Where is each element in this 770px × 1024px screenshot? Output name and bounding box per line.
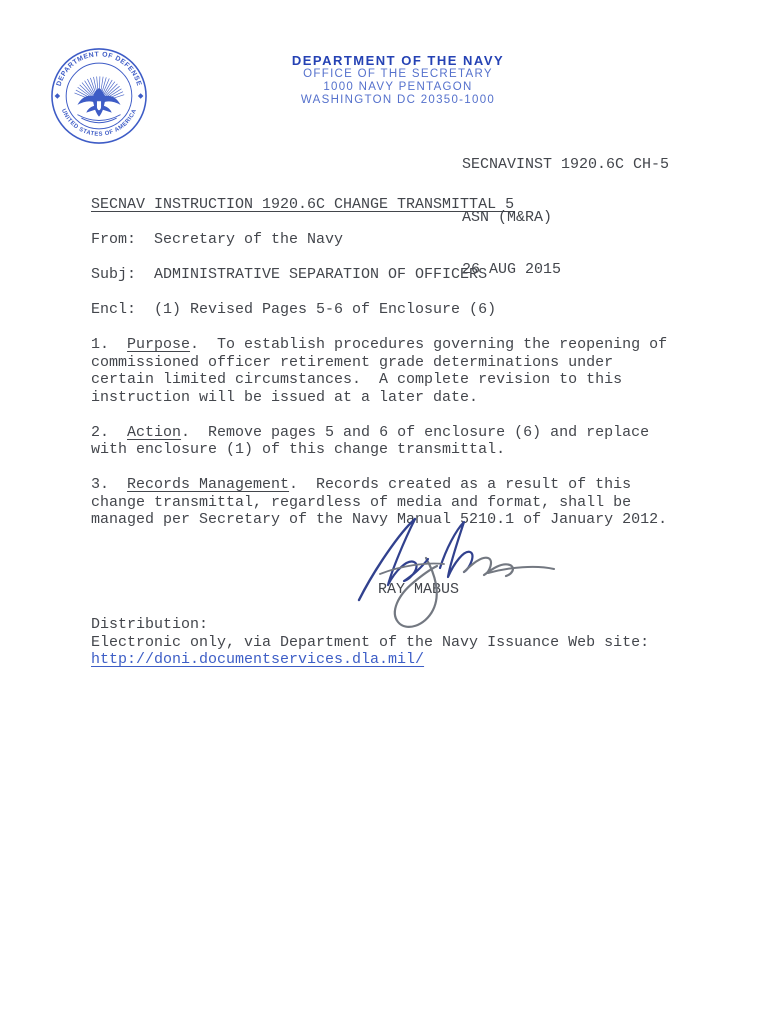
enclosure-line: Encl: (1) Revised Pages 5-6 of Enclosure… (91, 301, 711, 319)
issuance-website-link[interactable]: http://doni.documentservices.dla.mil/ (91, 651, 424, 668)
letterhead-office: OFFICE OF THE SECRETARY (26, 68, 770, 81)
distribution-text: Electronic only, via Department of the N… (91, 634, 711, 652)
document-page: DEPARTMENT OF DEFENSE UNITED STATES OF A… (0, 0, 770, 1024)
letterhead: DEPARTMENT OF THE NAVY OFFICE OF THE SEC… (26, 53, 770, 107)
paragraph-number: 1. (91, 336, 127, 353)
paragraph-term: Action (127, 424, 181, 441)
paragraph-purpose: 1. Purpose. To establish procedures gove… (91, 336, 711, 406)
document-body: SECNAV INSTRUCTION 1920.6C CHANGE TRANSM… (91, 196, 711, 669)
paragraph-number: 2. (91, 424, 127, 441)
document-title: SECNAV INSTRUCTION 1920.6C CHANGE TRANSM… (91, 196, 711, 214)
letterhead-department: DEPARTMENT OF THE NAVY (26, 53, 770, 68)
distribution-block: Distribution: Electronic only, via Depar… (91, 616, 711, 669)
distribution-label: Distribution: (91, 616, 711, 634)
paragraph-action: 2. Action. Remove pages 5 and 6 of enclo… (91, 424, 711, 459)
subject-line: Subj: ADMINISTRATIVE SEPARATION OF OFFIC… (91, 266, 711, 284)
document-title-text: SECNAV INSTRUCTION 1920.6C CHANGE TRANSM… (91, 196, 514, 213)
letterhead-city: WASHINGTON DC 20350-1000 (26, 94, 770, 107)
from-line: From: Secretary of the Navy (91, 231, 711, 249)
paragraph-term: Purpose (127, 336, 190, 353)
signatory-name: RAY MABUS (91, 581, 711, 599)
paragraph-records-management: 3. Records Management. Records created a… (91, 476, 711, 529)
id-instruction-number: SECNAVINST 1920.6C CH-5 (462, 156, 669, 174)
letterhead-address: 1000 NAVY PENTAGON (26, 81, 770, 94)
paragraph-number: 3. (91, 476, 127, 493)
paragraph-term: Records Management (127, 476, 289, 493)
